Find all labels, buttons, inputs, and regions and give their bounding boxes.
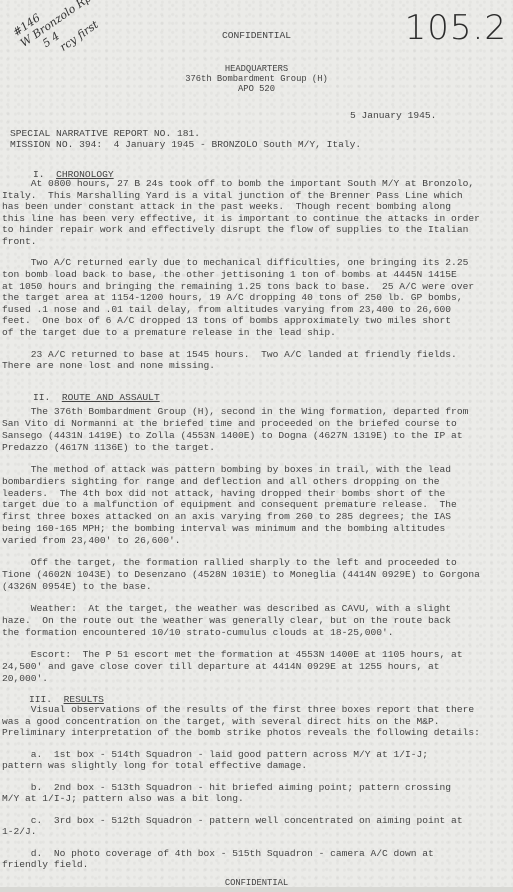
file-number: 105.2 bbox=[405, 8, 507, 48]
text-line: 23 A/C returned to base at 1545 hours. T… bbox=[2, 349, 457, 360]
text-line: Two A/C returned early due to mechanical… bbox=[2, 257, 468, 268]
text-line: Visual observations of the results of th… bbox=[2, 704, 474, 715]
text-line: being 160-165 MPH; the bombing interval … bbox=[2, 523, 445, 534]
text-line: The method of attack was pattern bombing… bbox=[2, 464, 451, 475]
text-line: Escort: The P 51 escort met the formatio… bbox=[2, 649, 463, 660]
unit-line2: 376th Bombardment Group (H) bbox=[0, 74, 513, 84]
report-title: SPECIAL NARRATIVE REPORT NO. 181. bbox=[10, 128, 200, 139]
text-line: Italy. This Marshalling Yard is a vital … bbox=[2, 190, 463, 201]
text-line: Weather: At the target, the weather was … bbox=[2, 603, 451, 614]
classification-header: CONFIDENTIAL bbox=[0, 30, 513, 41]
text-line: target due to a malfunction of equipment… bbox=[2, 499, 457, 510]
text-line: fused .1 nose and .01 tail delay, from a… bbox=[2, 304, 451, 315]
text-line: d. No photo coverage of 4th box - 515th … bbox=[2, 848, 434, 859]
unit-line3: APO 520 bbox=[0, 84, 513, 94]
text-line: Sansego (4431N 1419E) to Zolla (4553N 14… bbox=[2, 430, 463, 441]
text-line: the formation encountered 10/10 strato-c… bbox=[2, 627, 394, 638]
text-line: b. 2nd box - 513th Squadron - hit briefe… bbox=[2, 782, 451, 793]
text-line: at 1050 hours and bringing the remaining… bbox=[2, 281, 474, 292]
text-line: front. bbox=[2, 236, 37, 247]
text-line: Preliminary interpretation of the bomb s… bbox=[2, 727, 480, 738]
text-line: this line has been very effective, it is… bbox=[2, 213, 480, 224]
document-page: #146 W Bronzolo Rpt 5 4 rcy first 105.2 … bbox=[0, 0, 513, 892]
text-line: leaders. The 4th box did not attack, hav… bbox=[2, 488, 445, 499]
text-line: ton bomb load back to base, the other je… bbox=[2, 269, 457, 280]
text-line: has been under constant attack in the pa… bbox=[2, 201, 451, 212]
text-line: to hinder repair work and effectively di… bbox=[2, 224, 468, 235]
text-line: (4326N 0954E) to the base. bbox=[2, 581, 152, 592]
text-line: a. 1st box - 514th Squadron - laid good … bbox=[2, 749, 428, 760]
text-line: c. 3rd box - 512th Squadron - pattern we… bbox=[2, 815, 463, 826]
text-line: San Vito di Normanni at the briefed time… bbox=[2, 418, 457, 429]
text-line: haze. On the route out the weather was g… bbox=[2, 615, 451, 626]
text-line: first three boxes attacked on an axis va… bbox=[2, 511, 451, 522]
text-line: bombardiers sighting for range and defle… bbox=[2, 476, 440, 487]
section-title: ROUTE AND ASSAULT bbox=[62, 392, 160, 403]
text-line: The 376th Bombardment Group (H), second … bbox=[2, 406, 468, 417]
unit-line1: HEADQUARTERS bbox=[0, 64, 513, 74]
text-line: Off the target, the formation rallied sh… bbox=[2, 557, 457, 568]
section-number: II. bbox=[33, 392, 50, 403]
text-line: 1-2/J. bbox=[2, 826, 37, 837]
text-line: There are none lost and none missing. bbox=[2, 360, 215, 371]
text-line: Predazzo (4617N 1136E) to the target. bbox=[2, 442, 215, 453]
text-line: friendly field. bbox=[2, 859, 88, 870]
page-edge bbox=[0, 887, 513, 892]
text-line: feet. One box of 6 A/C dropped 13 tons o… bbox=[2, 315, 451, 326]
text-line: M/Y at 1/I-J; pattern also was a bit lon… bbox=[2, 793, 244, 804]
text-line: was a good concentration on the target, … bbox=[2, 716, 440, 727]
mission-line: MISSION NO. 394: 4 January 1945 - BRONZO… bbox=[10, 139, 361, 150]
text-line: Tione (4602N 1043E) to Desenzano (4528N … bbox=[2, 569, 480, 580]
text-line: 24,500' and gave close cover till depart… bbox=[2, 661, 440, 672]
text-line: of the target due to a premature release… bbox=[2, 327, 336, 338]
report-date: 5 January 1945. bbox=[350, 110, 436, 121]
text-line: At 0800 hours, 27 B 24s took off to bomb… bbox=[2, 178, 474, 189]
text-line: varied from 23,400' to 26,600'. bbox=[2, 535, 180, 546]
text-line: pattern was slightly long for total effe… bbox=[2, 760, 307, 771]
text-line: the target area at 1154-1200 hours, 19 A… bbox=[2, 292, 463, 303]
